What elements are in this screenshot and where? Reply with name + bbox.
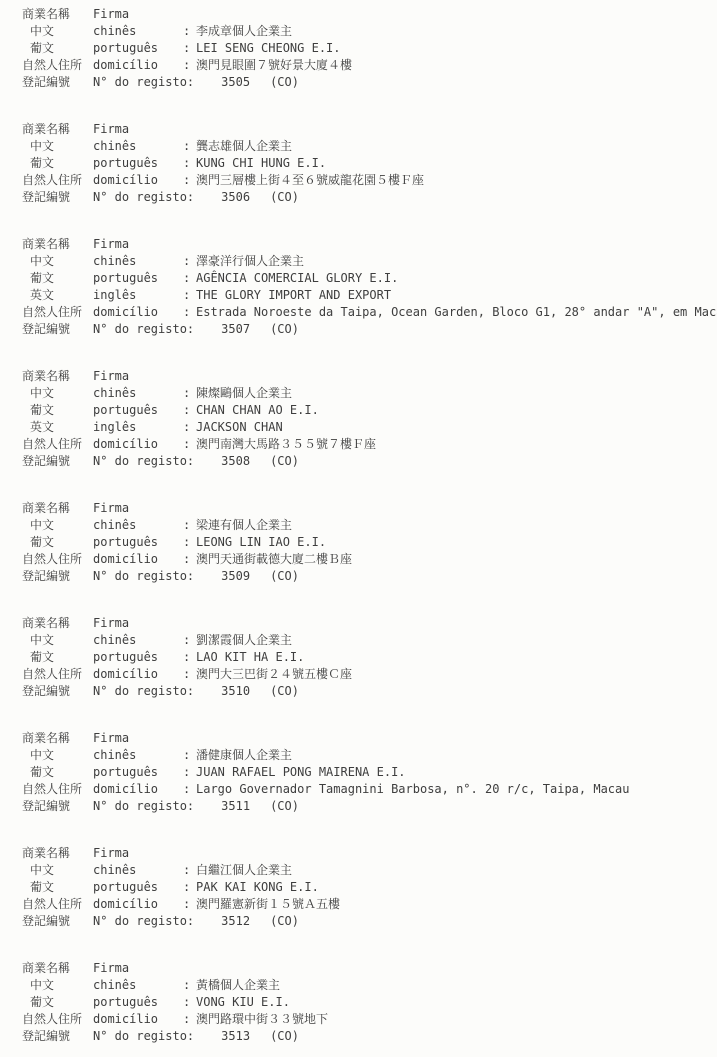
record-block: 商業名稱 Firma 中文 chinês : 梁連有個人企業主 葡文 portu… [22, 500, 707, 585]
label-chinese-pt: chinês [93, 747, 183, 764]
field-row-registry: 登記編號 N° do registo: 3507 (CO) [22, 321, 707, 338]
colon: : [183, 781, 196, 798]
chinese-name-value: 黃橋個人企業主 [196, 977, 707, 994]
colon: : [183, 551, 196, 568]
label-domicile-pt: domicílio [93, 172, 183, 189]
chinese-name-value: 潘健康個人企業主 [196, 747, 707, 764]
field-row-portuguese: 葡文 português : PAK KAI KONG E.I. [22, 879, 707, 896]
label-domicile-pt: domicílio [93, 781, 183, 798]
field-row-domicile: 自然人住所 domicílio : 澳門天通街載德大廈二樓Ｂ座 [22, 551, 707, 568]
label-firm-pt: Firma [93, 368, 183, 385]
field-row-business-name: 商業名稱 Firma [22, 615, 707, 632]
field-row-chinese: 中文 chinês : 白繼江個人企業主 [22, 862, 707, 879]
label-portuguese-zh: 葡文 [22, 40, 93, 57]
portuguese-name-value: VONG KIU E.I. [196, 994, 707, 1011]
label-registry-zh: 登記編號 [22, 189, 93, 206]
colon: : [183, 534, 196, 551]
portuguese-name-value: JUAN RAFAEL PONG MAIRENA E.I. [196, 764, 707, 781]
label-registry-zh: 登記編號 [22, 568, 93, 585]
label-portuguese-pt: português [93, 994, 183, 1011]
label-portuguese-zh: 葡文 [22, 649, 93, 666]
field-row-chinese: 中文 chinês : 潘健康個人企業主 [22, 747, 707, 764]
label-domicile-zh: 自然人住所 [22, 436, 93, 453]
field-row-business-name: 商業名稱 Firma [22, 500, 707, 517]
registry-number-value: 3505 [221, 74, 250, 91]
field-row-business-name: 商業名稱 Firma [22, 730, 707, 747]
colon: : [183, 879, 196, 896]
label-firm-zh: 商業名稱 [22, 368, 93, 385]
field-row-business-name: 商業名稱 Firma [22, 845, 707, 862]
label-portuguese-pt: português [93, 649, 183, 666]
label-domicile-zh: 自然人住所 [22, 57, 93, 74]
label-english-pt: inglês [93, 287, 183, 304]
registry-number-value: 3507 [221, 321, 250, 338]
label-domicile-zh: 自然人住所 [22, 896, 93, 913]
label-domicile-zh: 自然人住所 [22, 304, 93, 321]
colon: : [183, 666, 196, 683]
colon: : [183, 40, 196, 57]
label-chinese-pt: chinês [93, 23, 183, 40]
chinese-name-value: 白繼江個人企業主 [196, 862, 707, 879]
colon: : [183, 436, 196, 453]
label-domicile-pt: domicílio [93, 1011, 183, 1028]
label-domicile-zh: 自然人住所 [22, 1011, 93, 1028]
registry-number-value: 3512 [221, 913, 250, 930]
label-registry-zh: 登記編號 [22, 74, 93, 91]
label-domicile-pt: domicílio [93, 666, 183, 683]
field-row-registry: 登記編號 N° do registo: 3512 (CO) [22, 913, 707, 930]
label-chinese-zh: 中文 [22, 632, 93, 649]
label-registry-zh: 登記編號 [22, 321, 93, 338]
colon: : [183, 253, 196, 270]
field-row-registry: 登記編號 N° do registo: 3506 (CO) [22, 189, 707, 206]
portuguese-name-value: PAK KAI KONG E.I. [196, 879, 707, 896]
registry-number-value: 3509 [221, 568, 250, 585]
label-firm-pt: Firma [93, 845, 183, 862]
colon: : [183, 304, 196, 321]
record-block: 商業名稱 Firma 中文 chinês : 劉潔霞個人企業主 葡文 portu… [22, 615, 707, 700]
portuguese-name-value: CHAN CHAN AO E.I. [196, 402, 707, 419]
label-registry-pt: N° do registo: [93, 683, 194, 700]
label-firm-zh: 商業名稱 [22, 845, 93, 862]
label-chinese-pt: chinês [93, 517, 183, 534]
label-chinese-pt: chinês [93, 385, 183, 402]
label-english-zh: 英文 [22, 419, 93, 436]
label-portuguese-pt: português [93, 270, 183, 287]
field-row-business-name: 商業名稱 Firma [22, 121, 707, 138]
colon: : [183, 287, 196, 304]
registry-suffix: (CO) [270, 1028, 299, 1045]
label-portuguese-pt: português [93, 764, 183, 781]
label-chinese-zh: 中文 [22, 977, 93, 994]
chinese-name-value: 劉潔霞個人企業主 [196, 632, 707, 649]
label-registry-pt: N° do registo: [93, 798, 194, 815]
field-row-domicile: 自然人住所 domicílio : Largo Governador Tamag… [22, 781, 707, 798]
label-firm-zh: 商業名稱 [22, 500, 93, 517]
english-name-value: JACKSON CHAN [196, 419, 707, 436]
colon: : [183, 172, 196, 189]
label-portuguese-zh: 葡文 [22, 402, 93, 419]
label-domicile-pt: domicílio [93, 896, 183, 913]
label-firm-pt: Firma [93, 6, 183, 23]
chinese-name-value: 陳燦鷗個人企業主 [196, 385, 707, 402]
registry-suffix: (CO) [270, 568, 299, 585]
domicile-value: Estrada Noroeste da Taipa, Ocean Garden,… [196, 304, 707, 321]
registry-suffix: (CO) [270, 913, 299, 930]
label-firm-pt: Firma [93, 615, 183, 632]
chinese-name-value: 梁連有個人企業主 [196, 517, 707, 534]
field-row-english: 英文 inglês : JACKSON CHAN [22, 419, 707, 436]
record-block: 商業名稱 Firma 中文 chinês : 陳燦鷗個人企業主 葡文 portu… [22, 368, 707, 470]
label-firm-zh: 商業名稱 [22, 121, 93, 138]
record-block: 商業名稱 Firma 中文 chinês : 李成章個人企業主 葡文 portu… [22, 6, 707, 91]
field-row-business-name: 商業名稱 Firma [22, 6, 707, 23]
colon: : [183, 896, 196, 913]
portuguese-name-value: AGÊNCIA COMERCIAL GLORY E.I. [196, 270, 707, 287]
field-row-registry: 登記編號 N° do registo: 3511 (CO) [22, 798, 707, 815]
record-block: 商業名稱 Firma 中文 chinês : 澤豪洋行個人企業主 葡文 port… [22, 236, 707, 338]
registry-suffix: (CO) [270, 189, 299, 206]
scanned-registry-page: 商業名稱 Firma 中文 chinês : 李成章個人企業主 葡文 portu… [0, 0, 717, 1057]
colon: : [183, 764, 196, 781]
field-row-registry: 登記編號 N° do registo: 3509 (CO) [22, 568, 707, 585]
field-row-chinese: 中文 chinês : 陳燦鷗個人企業主 [22, 385, 707, 402]
colon: : [183, 747, 196, 764]
field-row-chinese: 中文 chinês : 劉潔霞個人企業主 [22, 632, 707, 649]
domicile-value: 澳門見眼圍７號好景大廈４樓 [196, 57, 707, 74]
record-block: 商業名稱 Firma 中文 chinês : 黃橋個人企業主 葡文 portug… [22, 960, 707, 1045]
label-chinese-zh: 中文 [22, 517, 93, 534]
field-row-chinese: 中文 chinês : 澤豪洋行個人企業主 [22, 253, 707, 270]
label-portuguese-zh: 葡文 [22, 270, 93, 287]
colon: : [183, 419, 196, 436]
field-row-domicile: 自然人住所 domicílio : 澳門大三巴街２４號五樓Ｃ座 [22, 666, 707, 683]
portuguese-name-value: LAO KIT HA E.I. [196, 649, 707, 666]
field-row-chinese: 中文 chinês : 李成章個人企業主 [22, 23, 707, 40]
field-row-portuguese: 葡文 português : LEONG LIN IAO E.I. [22, 534, 707, 551]
field-row-registry: 登記編號 N° do registo: 3508 (CO) [22, 453, 707, 470]
field-row-portuguese: 葡文 português : CHAN CHAN AO E.I. [22, 402, 707, 419]
registry-suffix: (CO) [270, 683, 299, 700]
label-chinese-pt: chinês [93, 632, 183, 649]
label-portuguese-zh: 葡文 [22, 534, 93, 551]
colon: : [183, 632, 196, 649]
registry-suffix: (CO) [270, 453, 299, 470]
colon: : [183, 402, 196, 419]
registry-suffix: (CO) [270, 798, 299, 815]
label-english-zh: 英文 [22, 287, 93, 304]
portuguese-name-value: LEI SENG CHEONG E.I. [196, 40, 707, 57]
label-domicile-pt: domicílio [93, 57, 183, 74]
chinese-name-value: 澤豪洋行個人企業主 [196, 253, 707, 270]
label-registry-pt: N° do registo: [93, 568, 194, 585]
label-chinese-pt: chinês [93, 253, 183, 270]
domicile-value: 澳門大三巴街２４號五樓Ｃ座 [196, 666, 707, 683]
english-name-value: THE GLORY IMPORT AND EXPORT [196, 287, 707, 304]
label-domicile-zh: 自然人住所 [22, 551, 93, 568]
registry-number-value: 3510 [221, 683, 250, 700]
colon: : [183, 385, 196, 402]
colon: : [183, 649, 196, 666]
field-row-portuguese: 葡文 português : LAO KIT HA E.I. [22, 649, 707, 666]
label-registry-zh: 登記編號 [22, 913, 93, 930]
label-firm-zh: 商業名稱 [22, 6, 93, 23]
field-row-chinese: 中文 chinês : 龔志雄個人企業主 [22, 138, 707, 155]
field-row-registry: 登記編號 N° do registo: 3513 (CO) [22, 1028, 707, 1045]
field-row-registry: 登記編號 N° do registo: 3510 (CO) [22, 683, 707, 700]
label-portuguese-pt: português [93, 155, 183, 172]
colon: : [183, 270, 196, 287]
label-chinese-zh: 中文 [22, 747, 93, 764]
field-row-portuguese: 葡文 português : VONG KIU E.I. [22, 994, 707, 1011]
label-firm-pt: Firma [93, 121, 183, 138]
label-registry-zh: 登記編號 [22, 453, 93, 470]
record-block: 商業名稱 Firma 中文 chinês : 潘健康個人企業主 葡文 portu… [22, 730, 707, 815]
label-firm-pt: Firma [93, 960, 183, 977]
field-row-chinese: 中文 chinês : 梁連有個人企業主 [22, 517, 707, 534]
field-row-domicile: 自然人住所 domicílio : 澳門羅憲新街１５號Ａ五樓 [22, 896, 707, 913]
label-registry-zh: 登記編號 [22, 683, 93, 700]
label-registry-pt: N° do registo: [93, 74, 194, 91]
colon: : [183, 138, 196, 155]
label-registry-pt: N° do registo: [93, 189, 194, 206]
label-chinese-pt: chinês [93, 862, 183, 879]
portuguese-name-value: LEONG LIN IAO E.I. [196, 534, 707, 551]
label-registry-zh: 登記編號 [22, 798, 93, 815]
label-chinese-zh: 中文 [22, 23, 93, 40]
field-row-portuguese: 葡文 português : JUAN RAFAEL PONG MAIRENA … [22, 764, 707, 781]
chinese-name-value: 龔志雄個人企業主 [196, 138, 707, 155]
field-row-portuguese: 葡文 português : AGÊNCIA COMERCIAL GLORY E… [22, 270, 707, 287]
field-row-portuguese: 葡文 português : KUNG CHI HUNG E.I. [22, 155, 707, 172]
field-row-domicile: 自然人住所 domicílio : 澳門見眼圍７號好景大廈４樓 [22, 57, 707, 74]
colon: : [183, 23, 196, 40]
label-chinese-zh: 中文 [22, 862, 93, 879]
label-firm-zh: 商業名稱 [22, 615, 93, 632]
label-domicile-zh: 自然人住所 [22, 666, 93, 683]
label-registry-pt: N° do registo: [93, 913, 194, 930]
label-domicile-pt: domicílio [93, 304, 183, 321]
label-firm-zh: 商業名稱 [22, 960, 93, 977]
label-registry-pt: N° do registo: [93, 453, 194, 470]
field-row-business-name: 商業名稱 Firma [22, 960, 707, 977]
label-chinese-pt: chinês [93, 138, 183, 155]
label-chinese-zh: 中文 [22, 138, 93, 155]
label-registry-pt: N° do registo: [93, 321, 194, 338]
field-row-domicile: 自然人住所 domicílio : Estrada Noroeste da Ta… [22, 304, 707, 321]
label-english-pt: inglês [93, 419, 183, 436]
label-chinese-pt: chinês [93, 977, 183, 994]
domicile-value: 澳門羅憲新街１５號Ａ五樓 [196, 896, 707, 913]
label-firm-pt: Firma [93, 730, 183, 747]
registry-number-value: 3506 [221, 189, 250, 206]
colon: : [183, 155, 196, 172]
chinese-name-value: 李成章個人企業主 [196, 23, 707, 40]
field-row-business-name: 商業名稱 Firma [22, 236, 707, 253]
label-registry-pt: N° do registo: [93, 1028, 194, 1045]
registry-number-value: 3511 [221, 798, 250, 815]
domicile-value: 澳門三層樓上街４至６號威龍花園５樓Ｆ座 [196, 172, 707, 189]
registry-suffix: (CO) [270, 74, 299, 91]
field-row-business-name: 商業名稱 Firma [22, 368, 707, 385]
domicile-value: 澳門路環中街３３號地下 [196, 1011, 707, 1028]
record-block: 商業名稱 Firma 中文 chinês : 白繼江個人企業主 葡文 portu… [22, 845, 707, 930]
colon: : [183, 57, 196, 74]
label-portuguese-pt: português [93, 40, 183, 57]
label-domicile-zh: 自然人住所 [22, 781, 93, 798]
label-portuguese-zh: 葡文 [22, 764, 93, 781]
domicile-value: Largo Governador Tamagnini Barbosa, n°. … [196, 781, 707, 798]
portuguese-name-value: KUNG CHI HUNG E.I. [196, 155, 707, 172]
label-domicile-zh: 自然人住所 [22, 172, 93, 189]
label-domicile-pt: domicílio [93, 436, 183, 453]
label-registry-zh: 登記編號 [22, 1028, 93, 1045]
label-firm-zh: 商業名稱 [22, 236, 93, 253]
colon: : [183, 994, 196, 1011]
field-row-english: 英文 inglês : THE GLORY IMPORT AND EXPORT [22, 287, 707, 304]
label-chinese-zh: 中文 [22, 253, 93, 270]
label-chinese-zh: 中文 [22, 385, 93, 402]
field-row-domicile: 自然人住所 domicílio : 澳門南灣大馬路３５５號７樓Ｆ座 [22, 436, 707, 453]
field-row-domicile: 自然人住所 domicílio : 澳門三層樓上街４至６號威龍花園５樓Ｆ座 [22, 172, 707, 189]
record-block: 商業名稱 Firma 中文 chinês : 龔志雄個人企業主 葡文 portu… [22, 121, 707, 206]
label-portuguese-pt: português [93, 534, 183, 551]
field-row-portuguese: 葡文 português : LEI SENG CHEONG E.I. [22, 40, 707, 57]
label-firm-zh: 商業名稱 [22, 730, 93, 747]
label-portuguese-pt: português [93, 879, 183, 896]
domicile-value: 澳門南灣大馬路３５５號７樓Ｆ座 [196, 436, 707, 453]
colon: : [183, 1011, 196, 1028]
registry-suffix: (CO) [270, 321, 299, 338]
label-firm-pt: Firma [93, 236, 183, 253]
field-row-chinese: 中文 chinês : 黃橋個人企業主 [22, 977, 707, 994]
label-portuguese-pt: português [93, 402, 183, 419]
colon: : [183, 517, 196, 534]
label-portuguese-zh: 葡文 [22, 994, 93, 1011]
field-row-registry: 登記編號 N° do registo: 3505 (CO) [22, 74, 707, 91]
label-firm-pt: Firma [93, 500, 183, 517]
field-row-domicile: 自然人住所 domicílio : 澳門路環中街３３號地下 [22, 1011, 707, 1028]
domicile-value: 澳門天通街載德大廈二樓Ｂ座 [196, 551, 707, 568]
registry-number-value: 3513 [221, 1028, 250, 1045]
colon: : [183, 977, 196, 994]
label-portuguese-zh: 葡文 [22, 879, 93, 896]
colon: : [183, 862, 196, 879]
label-domicile-pt: domicílio [93, 551, 183, 568]
label-portuguese-zh: 葡文 [22, 155, 93, 172]
registry-number-value: 3508 [221, 453, 250, 470]
